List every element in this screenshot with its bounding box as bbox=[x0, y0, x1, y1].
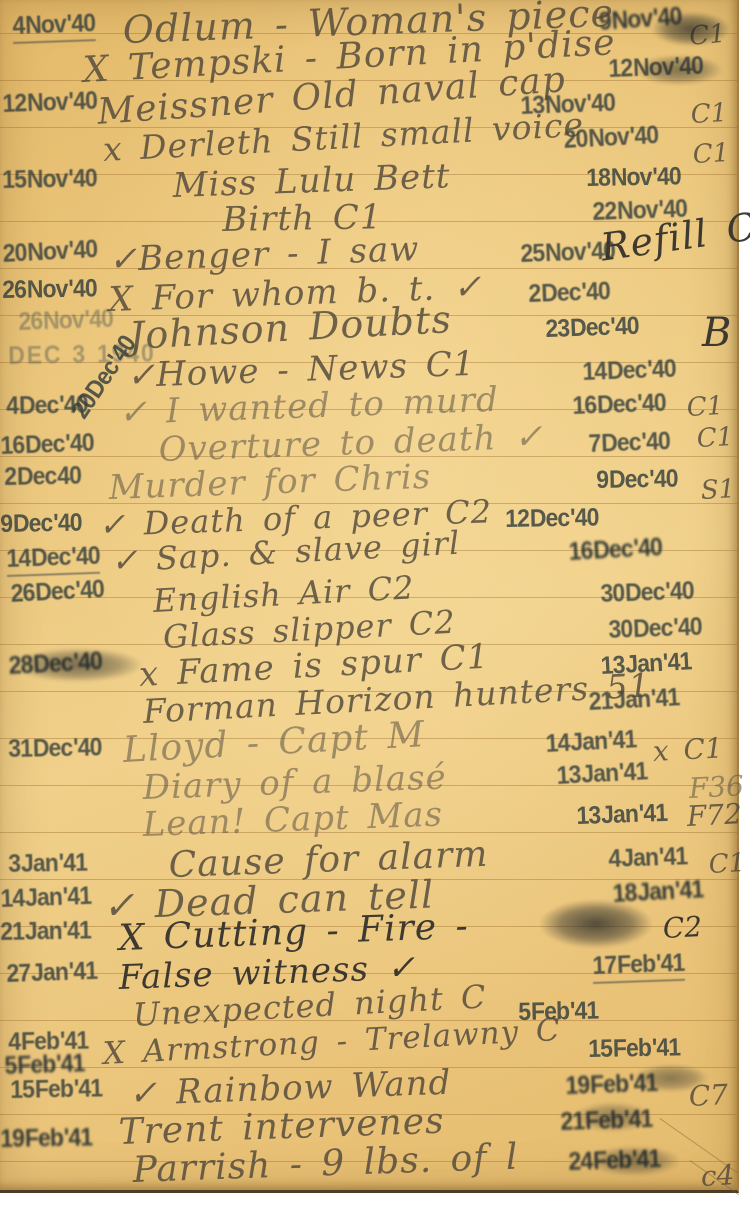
ink-smudge bbox=[540, 900, 652, 948]
date-stamp: 30 Dec '40 bbox=[608, 613, 702, 645]
ink-smudge bbox=[652, 12, 730, 46]
date-stamp: 2 Dec 40 bbox=[4, 462, 81, 492]
index-card: 4 Nov '4012 Nov '4015 Nov '4020 Nov '402… bbox=[0, 0, 739, 1193]
handwriting-entry: C1 bbox=[696, 422, 734, 454]
date-stamp: 15 Feb '41 bbox=[588, 1033, 680, 1064]
date-stamp: 15 Nov '40 bbox=[2, 164, 97, 195]
date-stamp: 12 Nov '40 bbox=[2, 87, 97, 119]
date-stamp: 12 Dec '40 bbox=[505, 503, 599, 534]
date-stamp: 13 Jan '41 bbox=[556, 757, 648, 791]
date-stamp: 18 Nov '40 bbox=[586, 162, 681, 193]
ink-smudge bbox=[574, 1102, 652, 1132]
date-stamp: 4 Dec '40 bbox=[6, 391, 88, 421]
handwriting-entry: F72 bbox=[686, 797, 743, 833]
date-stamp: 26 Nov '40 bbox=[18, 305, 113, 337]
handwriting-entry: C2 bbox=[662, 910, 703, 945]
ink-smudge bbox=[636, 55, 722, 85]
date-stamp: 9 Dec '40 bbox=[596, 465, 678, 495]
date-stamp: 14 Jan '41 bbox=[545, 725, 637, 759]
handwriting-entry: C1 bbox=[708, 848, 746, 880]
date-stamp: 27 Jan '41 bbox=[6, 957, 98, 989]
date-stamp: 4 Nov '40 bbox=[12, 9, 96, 44]
ink-smudge bbox=[14, 648, 142, 682]
handwriting-entry: S1 bbox=[700, 474, 736, 506]
date-stamp: 30 Dec '40 bbox=[600, 577, 694, 609]
date-stamp: 7 Dec '40 bbox=[588, 427, 670, 459]
date-stamp: 19 Feb '41 bbox=[0, 1123, 92, 1154]
handwriting-entry: x C1 bbox=[652, 731, 724, 768]
scanned-card-page: 4 Nov '4012 Nov '4015 Nov '4020 Nov '402… bbox=[0, 0, 750, 1218]
date-stamp: 23 Dec '40 bbox=[545, 312, 639, 344]
date-stamp: 31 Dec '40 bbox=[8, 733, 102, 764]
date-stamp: 14 Dec '40 bbox=[582, 355, 676, 387]
date-stamp: 4 Jan '41 bbox=[608, 842, 688, 874]
date-stamp: 17 Feb '41 bbox=[592, 949, 685, 984]
date-stamp: 16 Dec '40 bbox=[568, 533, 663, 567]
date-stamp: 21 Jan '41 bbox=[0, 916, 91, 947]
date-stamp: 16 Dec '40 bbox=[0, 429, 94, 461]
date-stamp: 13 Jan '41 bbox=[576, 799, 668, 831]
date-stamp: 20 Nov '40 bbox=[2, 235, 98, 269]
handwriting-entry: C1 bbox=[690, 98, 728, 130]
date-stamp: 14 Dec '40 bbox=[6, 542, 100, 577]
handwriting-entry: C1 bbox=[686, 391, 724, 423]
date-stamp: 2 Dec '40 bbox=[528, 277, 610, 309]
date-stamp: 3 Jan '41 bbox=[8, 849, 87, 879]
handwriting-entry: C1 bbox=[692, 138, 730, 170]
date-stamp: 26 Nov '40 bbox=[2, 274, 97, 305]
date-stamp: 26 Dec '40 bbox=[10, 575, 105, 609]
date-stamp: 9 Dec '40 bbox=[0, 509, 82, 539]
date-stamp: 14 Jan '41 bbox=[0, 882, 92, 914]
date-stamp: 15 Feb '41 bbox=[10, 1074, 102, 1105]
handwriting-entry: B bbox=[702, 310, 732, 356]
date-stamp: 16 Dec '40 bbox=[572, 389, 666, 421]
ink-smudge bbox=[634, 1064, 708, 1092]
ink-smudge bbox=[588, 1146, 680, 1176]
